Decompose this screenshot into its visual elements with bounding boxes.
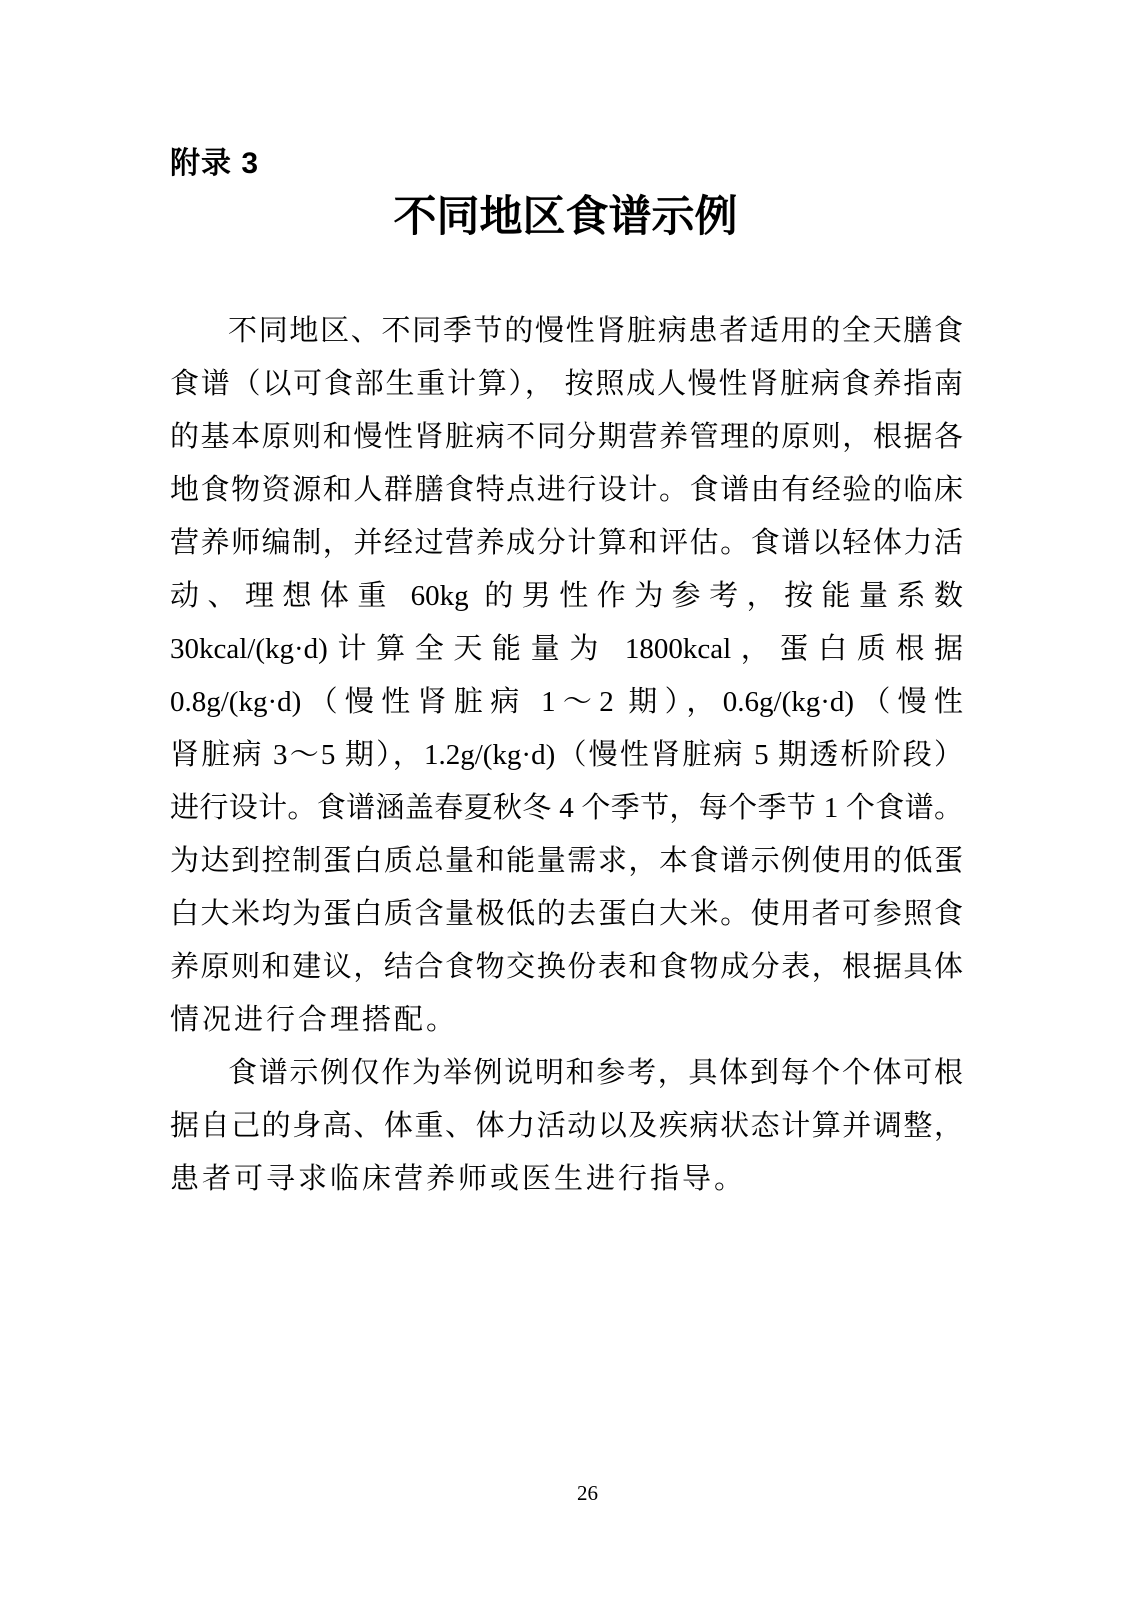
paragraph-1-line-6: 动、理想体重 60kg 的男性作为参考，按能量系数 — [170, 570, 963, 623]
paragraph-1-line-5: 营养师编制，并经过营养成分计算和评估。食谱以轻体力活 — [170, 517, 963, 570]
paragraph-2-line-1: 食谱示例仅作为举例说明和参考，具体到每个个体可根 — [170, 1047, 963, 1100]
paragraph-2-line-3: 患者可寻求临床营养师或医生进行指导。 — [170, 1153, 963, 1206]
paragraph-1-line-1: 不同地区、不同季节的慢性肾脏病患者适用的全天膳食 — [170, 305, 963, 358]
appendix-label: 附录 3 — [170, 144, 259, 184]
paragraph-1-line-4: 地食物资源和人群膳食特点进行设计。食谱由有经验的临床 — [170, 464, 963, 517]
paragraph-1-line-8: 0.8g/(kg·d)（慢性肾脏病 1～2 期），0.6g/(kg·d)（慢性 — [170, 676, 963, 729]
paragraph-1-line-11: 为达到控制蛋白质总量和能量需求，本食谱示例使用的低蛋 — [170, 835, 963, 888]
paragraph-1-line-13: 养原则和建议，结合食物交换份表和食物成分表，根据具体 — [170, 941, 963, 994]
document-page: 附录 3 不同地区食谱示例 不同地区、不同季节的慢性肾脏病患者适用的全天膳食食谱… — [0, 0, 1131, 1600]
paragraph-2-line-2: 据自己的身高、体重、体力活动以及疾病状态计算并调整， — [170, 1100, 963, 1153]
page-number: 26 — [44, 1480, 1131, 1506]
page-title: 不同地区食谱示例 — [0, 193, 1131, 243]
paragraph-1-line-2: 食谱（以可食部生重计算）， 按照成人慢性肾脏病食养指南 — [170, 358, 963, 411]
body-text: 不同地区、不同季节的慢性肾脏病患者适用的全天膳食食谱（以可食部生重计算）， 按照… — [170, 305, 963, 1206]
paragraph-1-line-14: 情况进行合理搭配。 — [170, 994, 963, 1047]
paragraph-1-line-3: 的基本原则和慢性肾脏病不同分期营养管理的原则，根据各 — [170, 411, 963, 464]
paragraph-1-line-10: 进行设计。食谱涵盖春夏秋冬 4 个季节，每个季节 1 个食谱。 — [170, 782, 963, 835]
paragraph-1-line-7: 30kcal/(kg·d)计算全天能量为 1800kcal，蛋白质根据 — [170, 623, 963, 676]
paragraph-1-line-9: 肾脏病 3～5 期），1.2g/(kg·d)（慢性肾脏病 5 期透析阶段） — [170, 729, 963, 782]
paragraph-1-line-12: 白大米均为蛋白质含量极低的去蛋白大米。使用者可参照食 — [170, 888, 963, 941]
